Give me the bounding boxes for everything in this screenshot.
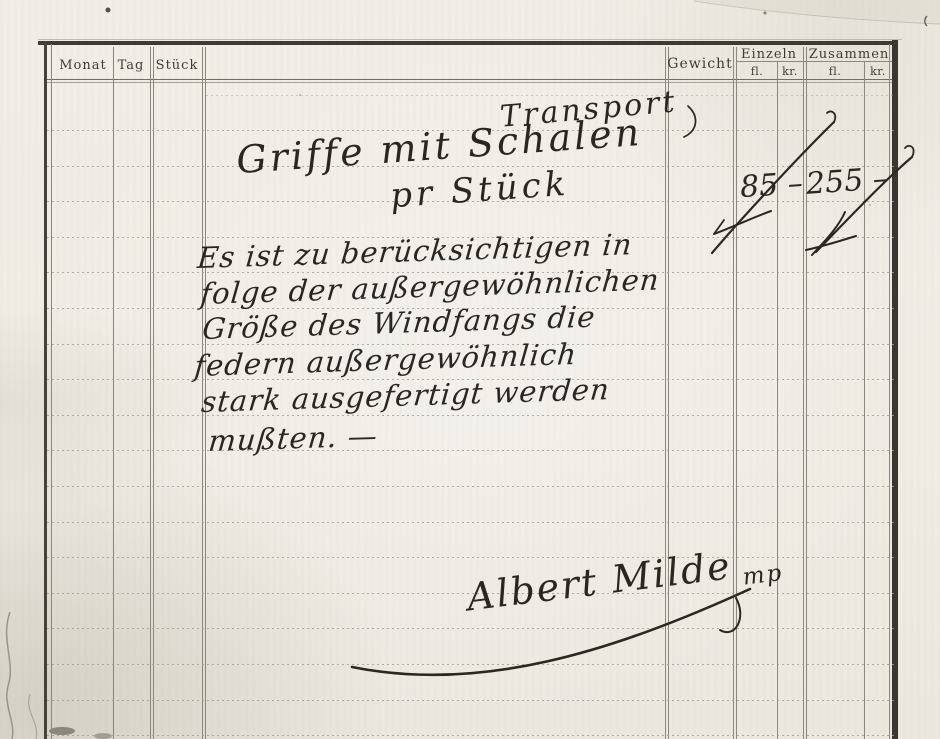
ruled-row [47,700,896,701]
signature-suffix: mp [741,560,784,591]
column-header-monat: Monat [59,58,107,73]
ruled-row [47,486,896,487]
table-rule [113,47,114,739]
subheader-einzeln-kr: kr. [782,65,798,78]
column-header-gewicht: Gewicht [667,56,732,72]
ruled-row [47,664,896,665]
column-header-zusammen: Zusammen [809,47,890,62]
table-rule [733,47,734,739]
column-header-einzeln: Einzeln [741,47,797,62]
subheader-zusammen-fl: fl. [829,65,842,78]
table-rule [47,79,892,80]
table-rule [153,47,154,739]
table-rule-top [38,41,898,45]
ruled-row [47,522,896,523]
scanned-ledger-page: Monat Tag Stück Gewicht Einzeln Zusammen… [0,0,940,739]
ruled-row [47,415,896,416]
table-rule [668,47,669,739]
table-rule [889,44,890,739]
table-rule [665,47,666,739]
table-rule [51,44,52,739]
subheader-zusammen-kr: kr. [870,65,886,78]
table-rule [777,61,778,739]
column-header-stueck: Stück [156,58,199,73]
handwritten-amount-einzeln: 85 – [739,166,804,205]
handwritten-amount-zusammen: 255 – [805,161,889,202]
column-header-tag: Tag [118,58,145,73]
table-rule [47,82,892,83]
table-rule [736,47,737,739]
ruled-row [47,628,896,629]
subheader-einzeln-fl: fl. [751,65,764,78]
table-rule-right [892,40,898,739]
ruled-row [47,735,896,736]
ruled-row [47,450,896,451]
table-rule [38,39,902,40]
table-rule [150,47,151,739]
table-rule [806,47,807,739]
handwritten-note-line: mußten. — [207,419,380,458]
table-rule [803,47,804,739]
table-rule-left [44,41,47,739]
